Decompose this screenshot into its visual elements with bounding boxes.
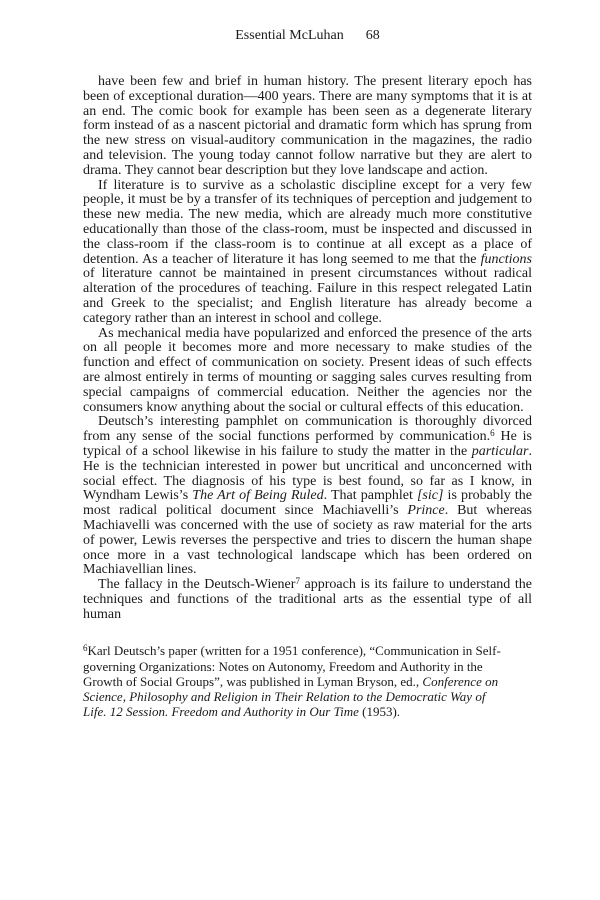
paragraph: Deutsch’s interesting pamphlet on commun… [83, 415, 532, 578]
italic-text-run: particular [472, 444, 529, 459]
text-run: As mechanical media have popularized and… [83, 326, 532, 415]
footnote: 6Karl Deutsch’s paper (written for a 195… [83, 643, 511, 719]
italic-text-run: Prince [407, 503, 444, 518]
text-run: of literature cannot be maintained in pr… [83, 266, 532, 325]
text-run: have been few and brief in human history… [83, 74, 532, 178]
text-run: If literature is to survive as a scholas… [83, 178, 532, 267]
italic-text-run: functions [481, 252, 532, 267]
paragraph: The fallacy in the Deutsch-Wiener7 appro… [83, 578, 532, 622]
body-text: have been few and brief in human history… [83, 75, 532, 622]
text-run: (1953). [359, 704, 400, 719]
footnote-marker: 6 [83, 643, 88, 653]
text-run: . That pamphlet [324, 488, 417, 503]
book-page: Essential McLuhan68 have been few and br… [0, 0, 600, 900]
footnote-marker: 7 [295, 576, 300, 586]
running-header: Essential McLuhan68 [83, 27, 532, 45]
running-header-title: Essential McLuhan [235, 28, 343, 43]
text-run: Deutsch’s interesting pamphlet on commun… [83, 414, 532, 444]
page-number: 68 [366, 28, 380, 43]
paragraph: As mechanical media have popularized and… [83, 327, 532, 416]
footnote-marker: 6 [490, 428, 495, 438]
text-run: The fallacy in the Deutsch-Wiener [98, 577, 295, 592]
italic-text-run: [sic] [417, 488, 443, 503]
paragraph: If literature is to survive as a scholas… [83, 179, 532, 327]
paragraph: have been few and brief in human history… [83, 75, 532, 179]
italic-text-run: The Art of Being Ruled [192, 488, 323, 503]
